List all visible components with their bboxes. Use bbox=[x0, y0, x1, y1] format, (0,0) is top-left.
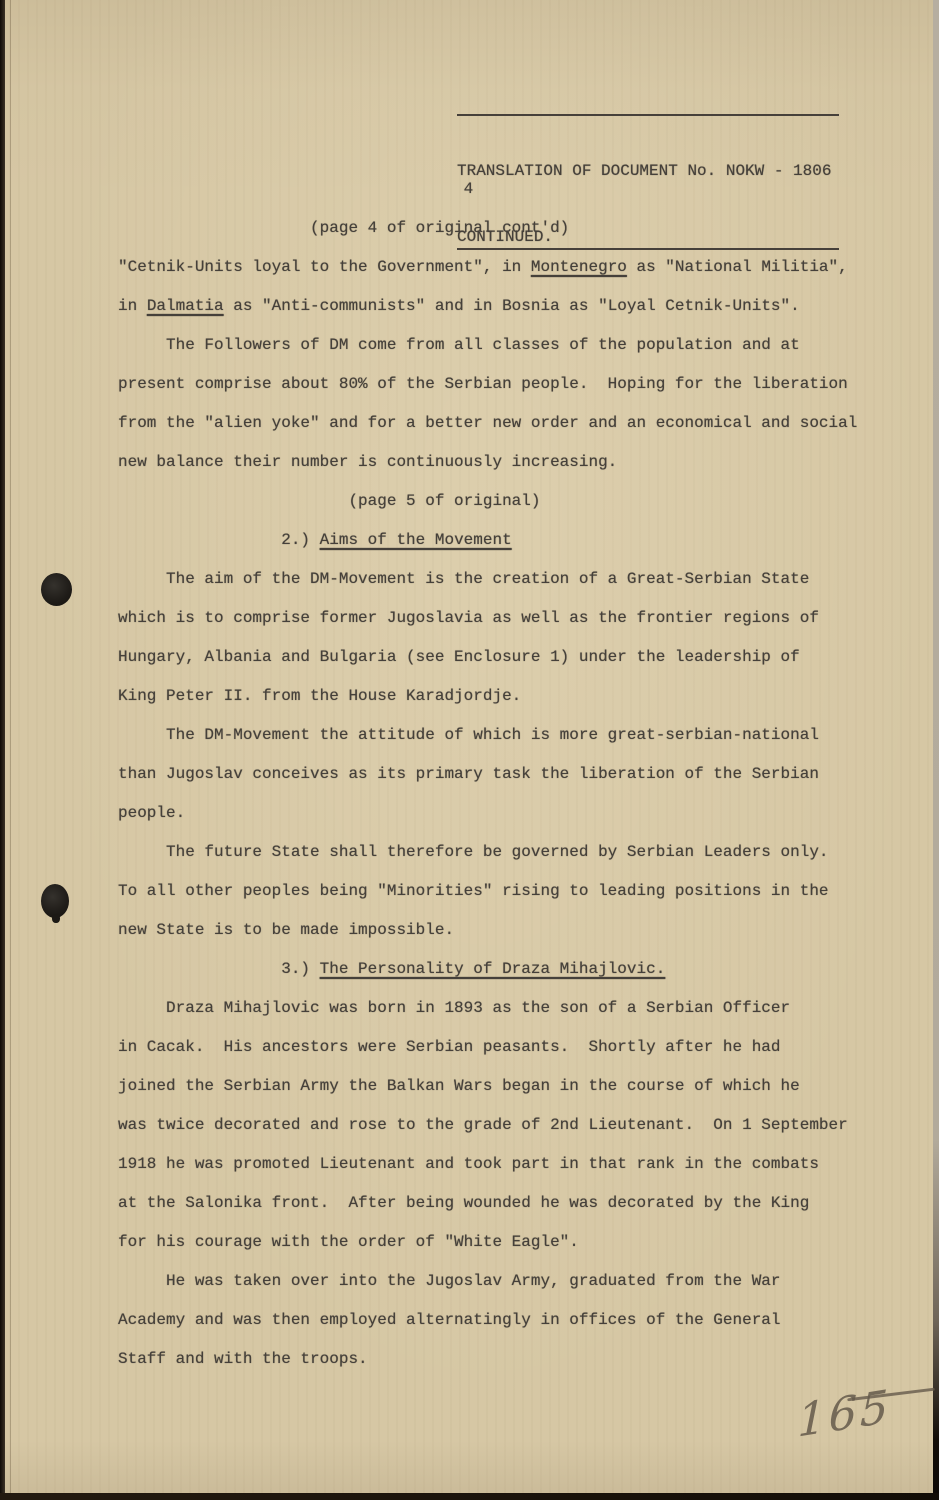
typed-line: The Followers of DM come from all classe… bbox=[118, 326, 908, 365]
typed-text: at the Salonika front. After being wound… bbox=[118, 1194, 809, 1212]
typed-text: present comprise about 80% of the Serbia… bbox=[118, 375, 848, 393]
typed-text: Academy and was then employed alternatin… bbox=[118, 1311, 781, 1329]
typed-text: new State is to be made impossible. bbox=[118, 921, 454, 939]
typed-text: The DM-Movement the attitude of which is… bbox=[118, 726, 819, 744]
typed-text: King Peter II. from the House Karadjordj… bbox=[118, 687, 521, 705]
handwritten-number-text: 165 bbox=[797, 1379, 892, 1448]
typed-text: 2.) bbox=[118, 531, 320, 549]
typed-line: (page 4 of original cont'd) bbox=[118, 209, 908, 248]
typed-line: (page 5 of original) bbox=[118, 482, 908, 521]
typed-text: He was taken over into the Jugoslav Army… bbox=[118, 1272, 781, 1290]
typed-line: which is to comprise former Jugoslavia a… bbox=[118, 599, 908, 638]
typed-line: Hungary, Albania and Bulgaria (see Enclo… bbox=[118, 638, 908, 677]
typed-line: He was taken over into the Jugoslav Army… bbox=[118, 1262, 908, 1301]
typed-line: 1918 he was promoted Lieutenant and took… bbox=[118, 1145, 908, 1184]
scan-edge-right bbox=[933, 0, 939, 1500]
typed-text: as "Anti-communists" and in Bosnia as "L… bbox=[224, 297, 800, 315]
typed-text: The aim of the DM-Movement is the creati… bbox=[118, 570, 809, 588]
typed-text: Draza Mihajlovic was born in 1893 as the… bbox=[118, 999, 790, 1017]
typed-line: joined the Serbian Army the Balkan Wars … bbox=[118, 1067, 908, 1106]
typed-line: new balance their number is continuously… bbox=[118, 443, 908, 482]
typed-text: To all other peoples being "Minorities" … bbox=[118, 882, 829, 900]
typed-text-block: 4 (page 4 of original cont'd)"Cetnik-Uni… bbox=[118, 170, 908, 1379]
typed-text: Staff and with the troops. bbox=[118, 1350, 368, 1368]
typed-line: The future State shall therefore be gove… bbox=[118, 833, 908, 872]
typed-text: 4 bbox=[118, 180, 473, 198]
typed-line: was twice decorated and rose to the grad… bbox=[118, 1106, 908, 1145]
typed-text: (page 5 of original) bbox=[118, 492, 540, 510]
typed-text: new balance their number is continuously… bbox=[118, 453, 617, 471]
typed-line: in Dalmatia as "Anti-communists" and in … bbox=[118, 287, 908, 326]
typed-line: people. bbox=[118, 794, 908, 833]
typed-line: new State is to be made impossible. bbox=[118, 911, 908, 950]
typed-line: 2.) Aims of the Movement bbox=[118, 521, 908, 560]
typed-line: for his courage with the order of "White… bbox=[118, 1223, 908, 1262]
typed-text: The Followers of DM come from all classe… bbox=[118, 336, 800, 354]
underlined-text: Montenegro bbox=[531, 258, 627, 276]
typed-text: Hungary, Albania and Bulgaria (see Enclo… bbox=[118, 648, 800, 666]
typed-text: in bbox=[118, 297, 147, 315]
typed-text: for his courage with the order of "White… bbox=[118, 1233, 579, 1251]
typed-line: King Peter II. from the House Karadjordj… bbox=[118, 677, 908, 716]
typed-text: was twice decorated and rose to the grad… bbox=[118, 1116, 848, 1134]
typed-text: (page 4 of original cont'd) bbox=[118, 219, 569, 237]
typed-text: 1918 he was promoted Lieutenant and took… bbox=[118, 1155, 819, 1173]
typed-text: people. bbox=[118, 804, 185, 822]
typed-line: at the Salonika front. After being wound… bbox=[118, 1184, 908, 1223]
typed-line: from the "alien yoke" and for a better n… bbox=[118, 404, 908, 443]
underlined-text: Aims of the Movement bbox=[320, 531, 512, 549]
typed-line: The aim of the DM-Movement is the creati… bbox=[118, 560, 908, 599]
hole-punch-top bbox=[41, 573, 72, 606]
typed-line: Staff and with the troops. bbox=[118, 1340, 908, 1379]
scan-edge-bottom bbox=[0, 1493, 939, 1500]
scan-edge-left-shadow-line bbox=[10, 0, 11, 1500]
typed-text: than Jugoslav conceives as its primary t… bbox=[118, 765, 819, 783]
typed-text: as "National Militia", bbox=[627, 258, 848, 276]
typed-line: "Cetnik-Units loyal to the Government", … bbox=[118, 248, 908, 287]
typed-line: in Cacak. His ancestors were Serbian pea… bbox=[118, 1028, 908, 1067]
typed-line: Draza Mihajlovic was born in 1893 as the… bbox=[118, 989, 908, 1028]
typed-line: 4 bbox=[118, 170, 908, 209]
typed-text: "Cetnik-Units loyal to the Government", … bbox=[118, 258, 531, 276]
typed-text: The future State shall therefore be gove… bbox=[118, 843, 829, 861]
typed-line: present comprise about 80% of the Serbia… bbox=[118, 365, 908, 404]
typed-text: in Cacak. His ancestors were Serbian pea… bbox=[118, 1038, 781, 1056]
hole-punch-bottom bbox=[41, 884, 69, 918]
underlined-text: The Personality of Draza Mihajlovic. bbox=[320, 960, 666, 978]
underlined-text: Dalmatia bbox=[147, 297, 224, 315]
scan-edge-left bbox=[0, 0, 5, 1500]
typed-text: joined the Serbian Army the Balkan Wars … bbox=[118, 1077, 800, 1095]
typed-line: To all other peoples being "Minorities" … bbox=[118, 872, 908, 911]
typed-text: from the "alien yoke" and for a better n… bbox=[118, 414, 857, 432]
typed-line: 3.) The Personality of Draza Mihajlovic. bbox=[118, 950, 908, 989]
typed-line: than Jugoslav conceives as its primary t… bbox=[118, 755, 908, 794]
handwritten-page-number: 165 bbox=[797, 1387, 937, 1467]
typed-text: 3.) bbox=[118, 960, 320, 978]
typed-line: Academy and was then employed alternatin… bbox=[118, 1301, 908, 1340]
typed-line: The DM-Movement the attitude of which is… bbox=[118, 716, 908, 755]
typed-text: which is to comprise former Jugoslavia a… bbox=[118, 609, 819, 627]
